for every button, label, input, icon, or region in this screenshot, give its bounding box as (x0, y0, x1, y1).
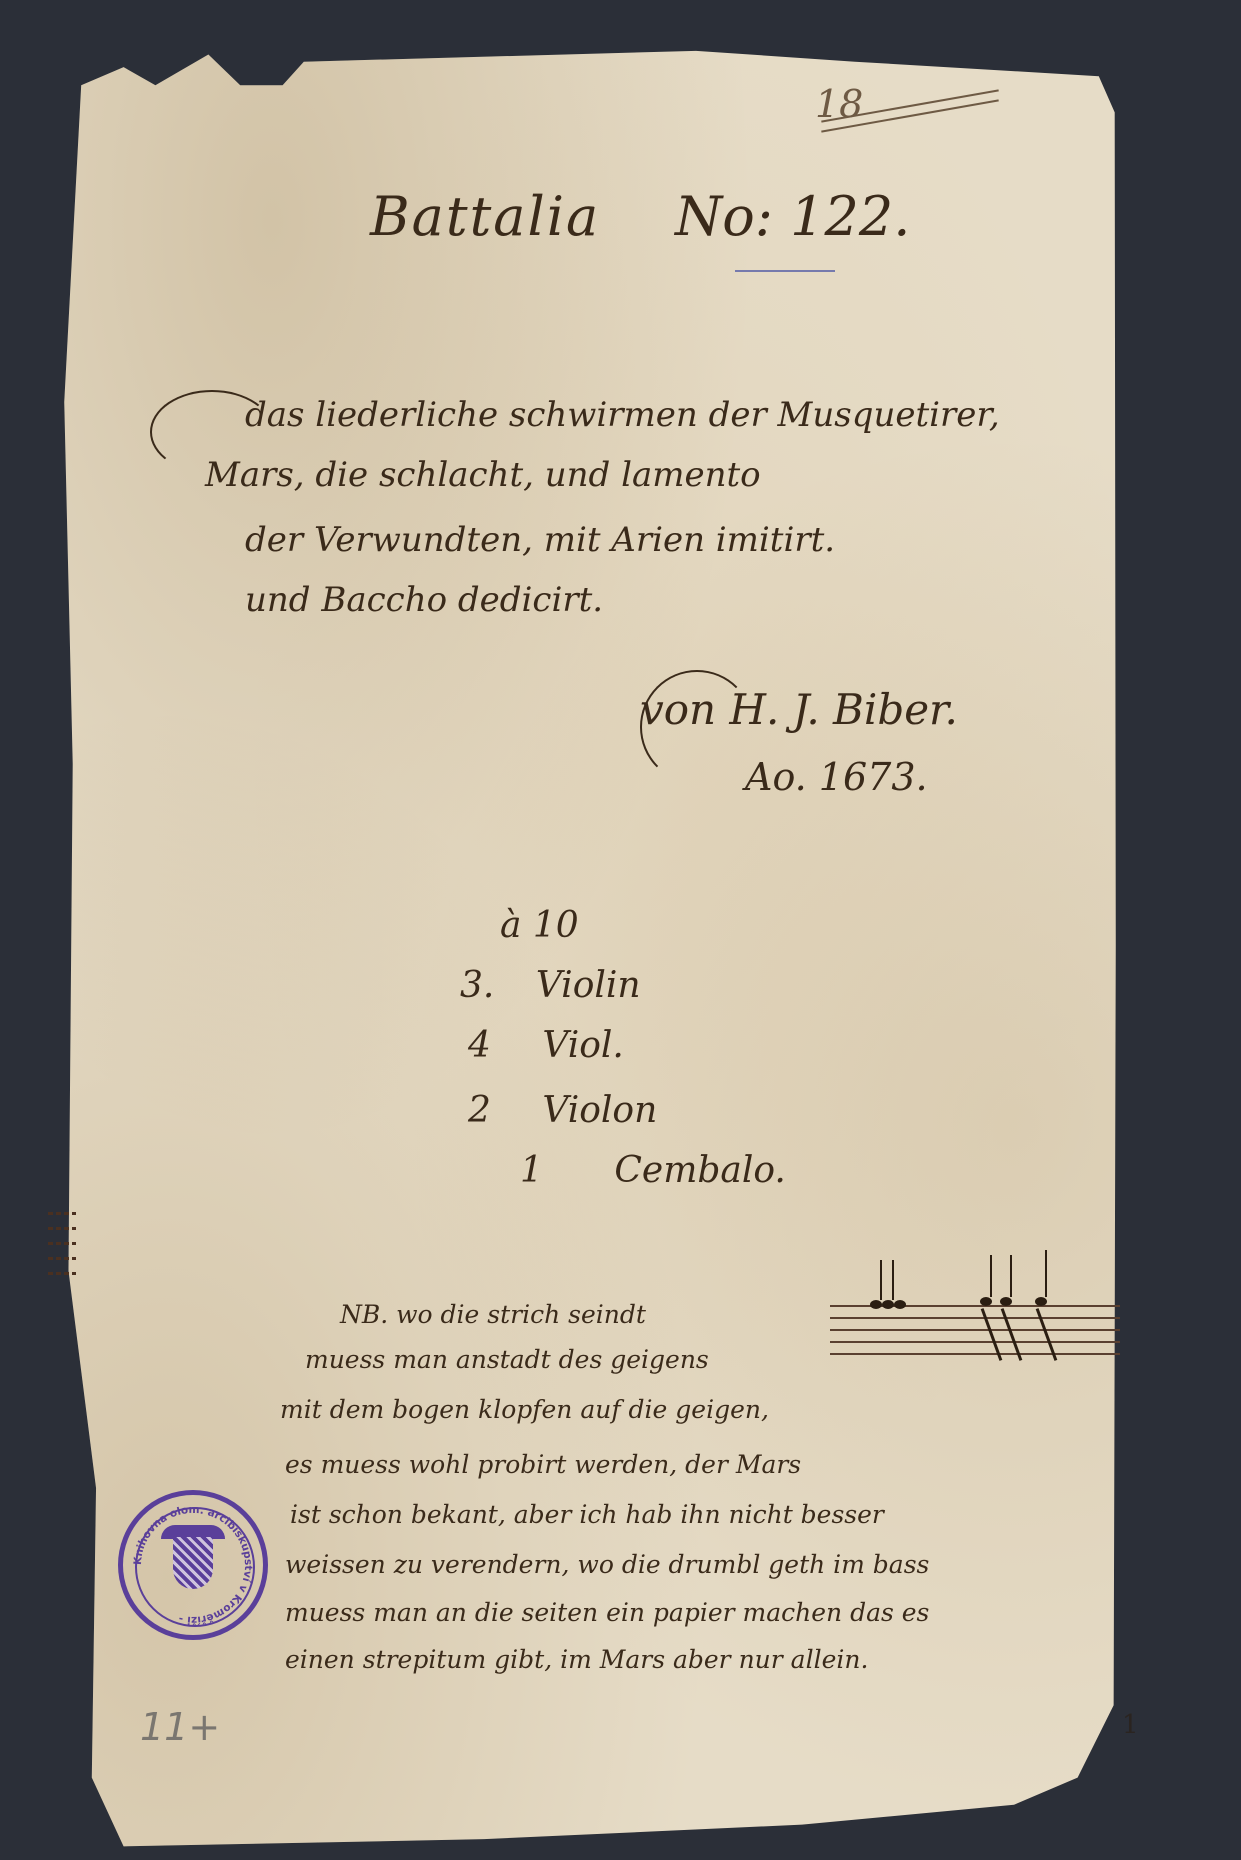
part-count: 2 (468, 1090, 491, 1131)
number-underline (735, 270, 835, 272)
instrument-part: 2 Violon (468, 1090, 657, 1131)
note-line: mit dem bogen klopfen auf die geigen, (280, 1395, 769, 1424)
margin-music-fragment (48, 1200, 88, 1290)
note-line: weissen zu verendern, wo die drumbl geth… (285, 1550, 929, 1579)
document-title: Battalia (370, 185, 600, 248)
instrumentation-heading: à 10 (500, 905, 579, 946)
library-stamp: Knihovna olom. arcibiskupství v Kroměříž… (118, 1490, 268, 1640)
description-line: der Verwundten, mit Arien imitirt. (245, 520, 835, 560)
instrument-part: 1 Cembalo. (520, 1150, 786, 1191)
description-line: das liederliche schwirmen der Musquetire… (245, 395, 1000, 435)
note-line: muess man anstadt des geigens (305, 1345, 709, 1374)
part-count: 1 (520, 1150, 543, 1191)
music-notation-example (830, 1295, 1130, 1365)
part-instrument: Cembalo. (614, 1150, 786, 1191)
note-line: muess man an die seiten ein papier mache… (285, 1598, 929, 1627)
composition-date: Ao. 1673. (745, 755, 928, 799)
instrument-part: 4 Viol. (468, 1025, 624, 1066)
strike-through (820, 95, 1000, 125)
part-instrument: Violon (542, 1090, 657, 1131)
part-count: 4 (468, 1025, 491, 1066)
description-line: Mars, die schlacht, und lamento (205, 455, 761, 495)
catalog-number: No: 122. (675, 185, 910, 248)
pencil-marking: 11+ (140, 1705, 220, 1749)
composer-signature: von H. J. Biber. (640, 685, 958, 734)
folio-number: 1 (1122, 1710, 1139, 1740)
svg-text:Knihovna olom. arcibiskupství: Knihovna olom. arcibiskupství v Kroměříž… (132, 1504, 254, 1626)
note-line: ist schon bekant, aber ich hab ihn nicht… (290, 1500, 884, 1529)
note-line: es muess wohl probirt werden, der Mars (285, 1450, 801, 1479)
part-count: 3. (460, 965, 494, 1006)
instrument-part: 3. Violin (460, 965, 641, 1006)
stamp-text: Knihovna olom. arcibiskupství v Kroměříž… (123, 1495, 263, 1635)
part-instrument: Violin (536, 965, 641, 1006)
note-line: NB. wo die strich seindt (340, 1300, 646, 1329)
part-instrument: Viol. (542, 1025, 624, 1066)
note-line: einen strepitum gibt, im Mars aber nur a… (285, 1645, 868, 1674)
description-line: und Baccho dedicirt. (245, 580, 603, 620)
